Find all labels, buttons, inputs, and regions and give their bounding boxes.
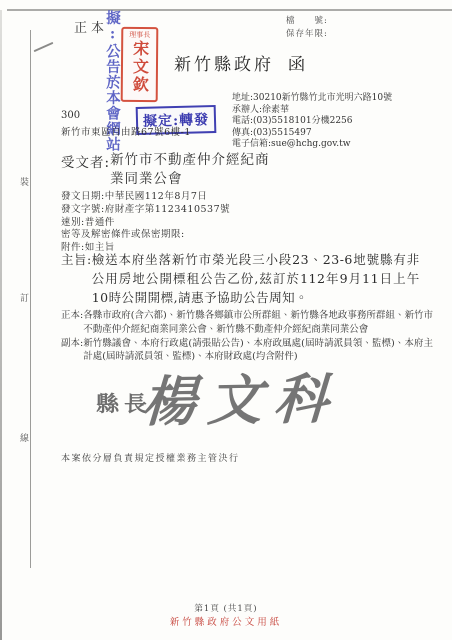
sender-phone: 電話:(03)5518101分機2256: [232, 116, 392, 128]
sender-contact-person: 承辦人:徐素華: [232, 105, 392, 117]
issue-number: 發文字號:府財產字第1123410537號: [61, 204, 230, 217]
recipient-street-address: 新竹市東區自由路67號6樓-1: [61, 124, 191, 138]
document-title: 新竹縣政府函: [174, 50, 308, 75]
scan-top-edge: [7, 9, 452, 11]
chairman-seal-name: 宋文欽: [130, 40, 148, 94]
subject-row: 主旨: 檢送本府坐落新竹市榮光段三小段23、23-6地號縣有非公用房地公開標租公…: [61, 250, 420, 307]
original-recipients-label: 正本:: [61, 309, 83, 337]
retention-period-label: 保存年限:: [286, 28, 328, 41]
document-meta-block: 發文日期:中華民國112年8月7日 發文字號:府財產字第1123410537號 …: [61, 191, 230, 255]
official-paper-name: 新竹縣政府公文用紙: [0, 614, 452, 628]
subject-label: 主旨:: [61, 250, 92, 307]
binding-mark-ding: 訂: [20, 290, 29, 305]
binding-mark-zhuang: 裝: [20, 174, 29, 189]
signer-signature: 楊文科: [140, 356, 342, 437]
pencil-check-mark: [34, 42, 54, 52]
original-recipients-text: 各縣市政府(含六都)、新竹縣各鄉鎮市公所群組、新竹縣各地政事務所群組、新竹市不動…: [83, 309, 433, 337]
sender-address: 地址:30210新竹縣竹北市光明六路10號: [232, 93, 392, 105]
sender-contact-block: 地址:30210新竹縣竹北市光明六路10號 承辦人:徐素華 電話:(03)551…: [232, 93, 392, 151]
original-recipients-row: 正本: 各縣市政府(含六都)、新竹縣各鄉鎮市公所群組、新竹縣各地政事務所群組、新…: [61, 309, 433, 337]
copy-recipients-label: 副本:: [61, 337, 83, 365]
delegation-note: 本案依分層負責規定授權業務主管決行: [61, 451, 240, 464]
chairman-seal-stamp: 理事長 宋文欽: [121, 27, 159, 102]
recipient-label: 受文者:: [61, 151, 110, 188]
distribution-block: 正本: 各縣市政府(含六都)、新竹縣各鄉鎮市公所群組、新竹縣各地政事務所群組、新…: [61, 309, 433, 364]
binding-mark-xian: 線: [20, 430, 29, 445]
scanned-official-letter: 裝 訂 線 正本 檔 號: 保存年限: 新竹縣政府函 擬:公告於本會網站 理事長…: [0, 0, 452, 640]
recipient-row: 受文者: 新竹市不動產仲介經紀商業同業公會: [61, 151, 282, 188]
secrecy-terms: 密等及解密條件或保密期限:: [61, 229, 230, 242]
issue-date: 發文日期:中華民國112年8月7日: [61, 191, 230, 204]
chairman-seal-title: 理事長: [123, 31, 156, 39]
agency-name: 新竹縣政府: [174, 55, 274, 75]
binding-margin-line: [30, 30, 31, 568]
file-number-block: 檔 號: 保存年限:: [286, 15, 328, 40]
sender-fax: 傳真:(03)5515497: [232, 128, 392, 140]
recipient-zip-code: 300: [61, 110, 80, 121]
document-type: 函: [288, 55, 308, 75]
file-number-label: 檔 號:: [286, 15, 328, 28]
recipient-name: 新竹市不動產仲介經紀商業同業公會: [110, 151, 282, 188]
scan-left-edge: [0, 10, 2, 640]
page-number: 第1頁 (共1頁): [0, 602, 452, 614]
subject-text: 檢送本府坐落新竹市榮光段三小段23、23-6地號縣有非公用房地公開標租公告乙份,…: [92, 250, 420, 307]
sender-email: 電子信箱:sue@hchg.gov.tw: [232, 139, 392, 151]
delivery-speed: 速別:普通件: [61, 217, 230, 230]
